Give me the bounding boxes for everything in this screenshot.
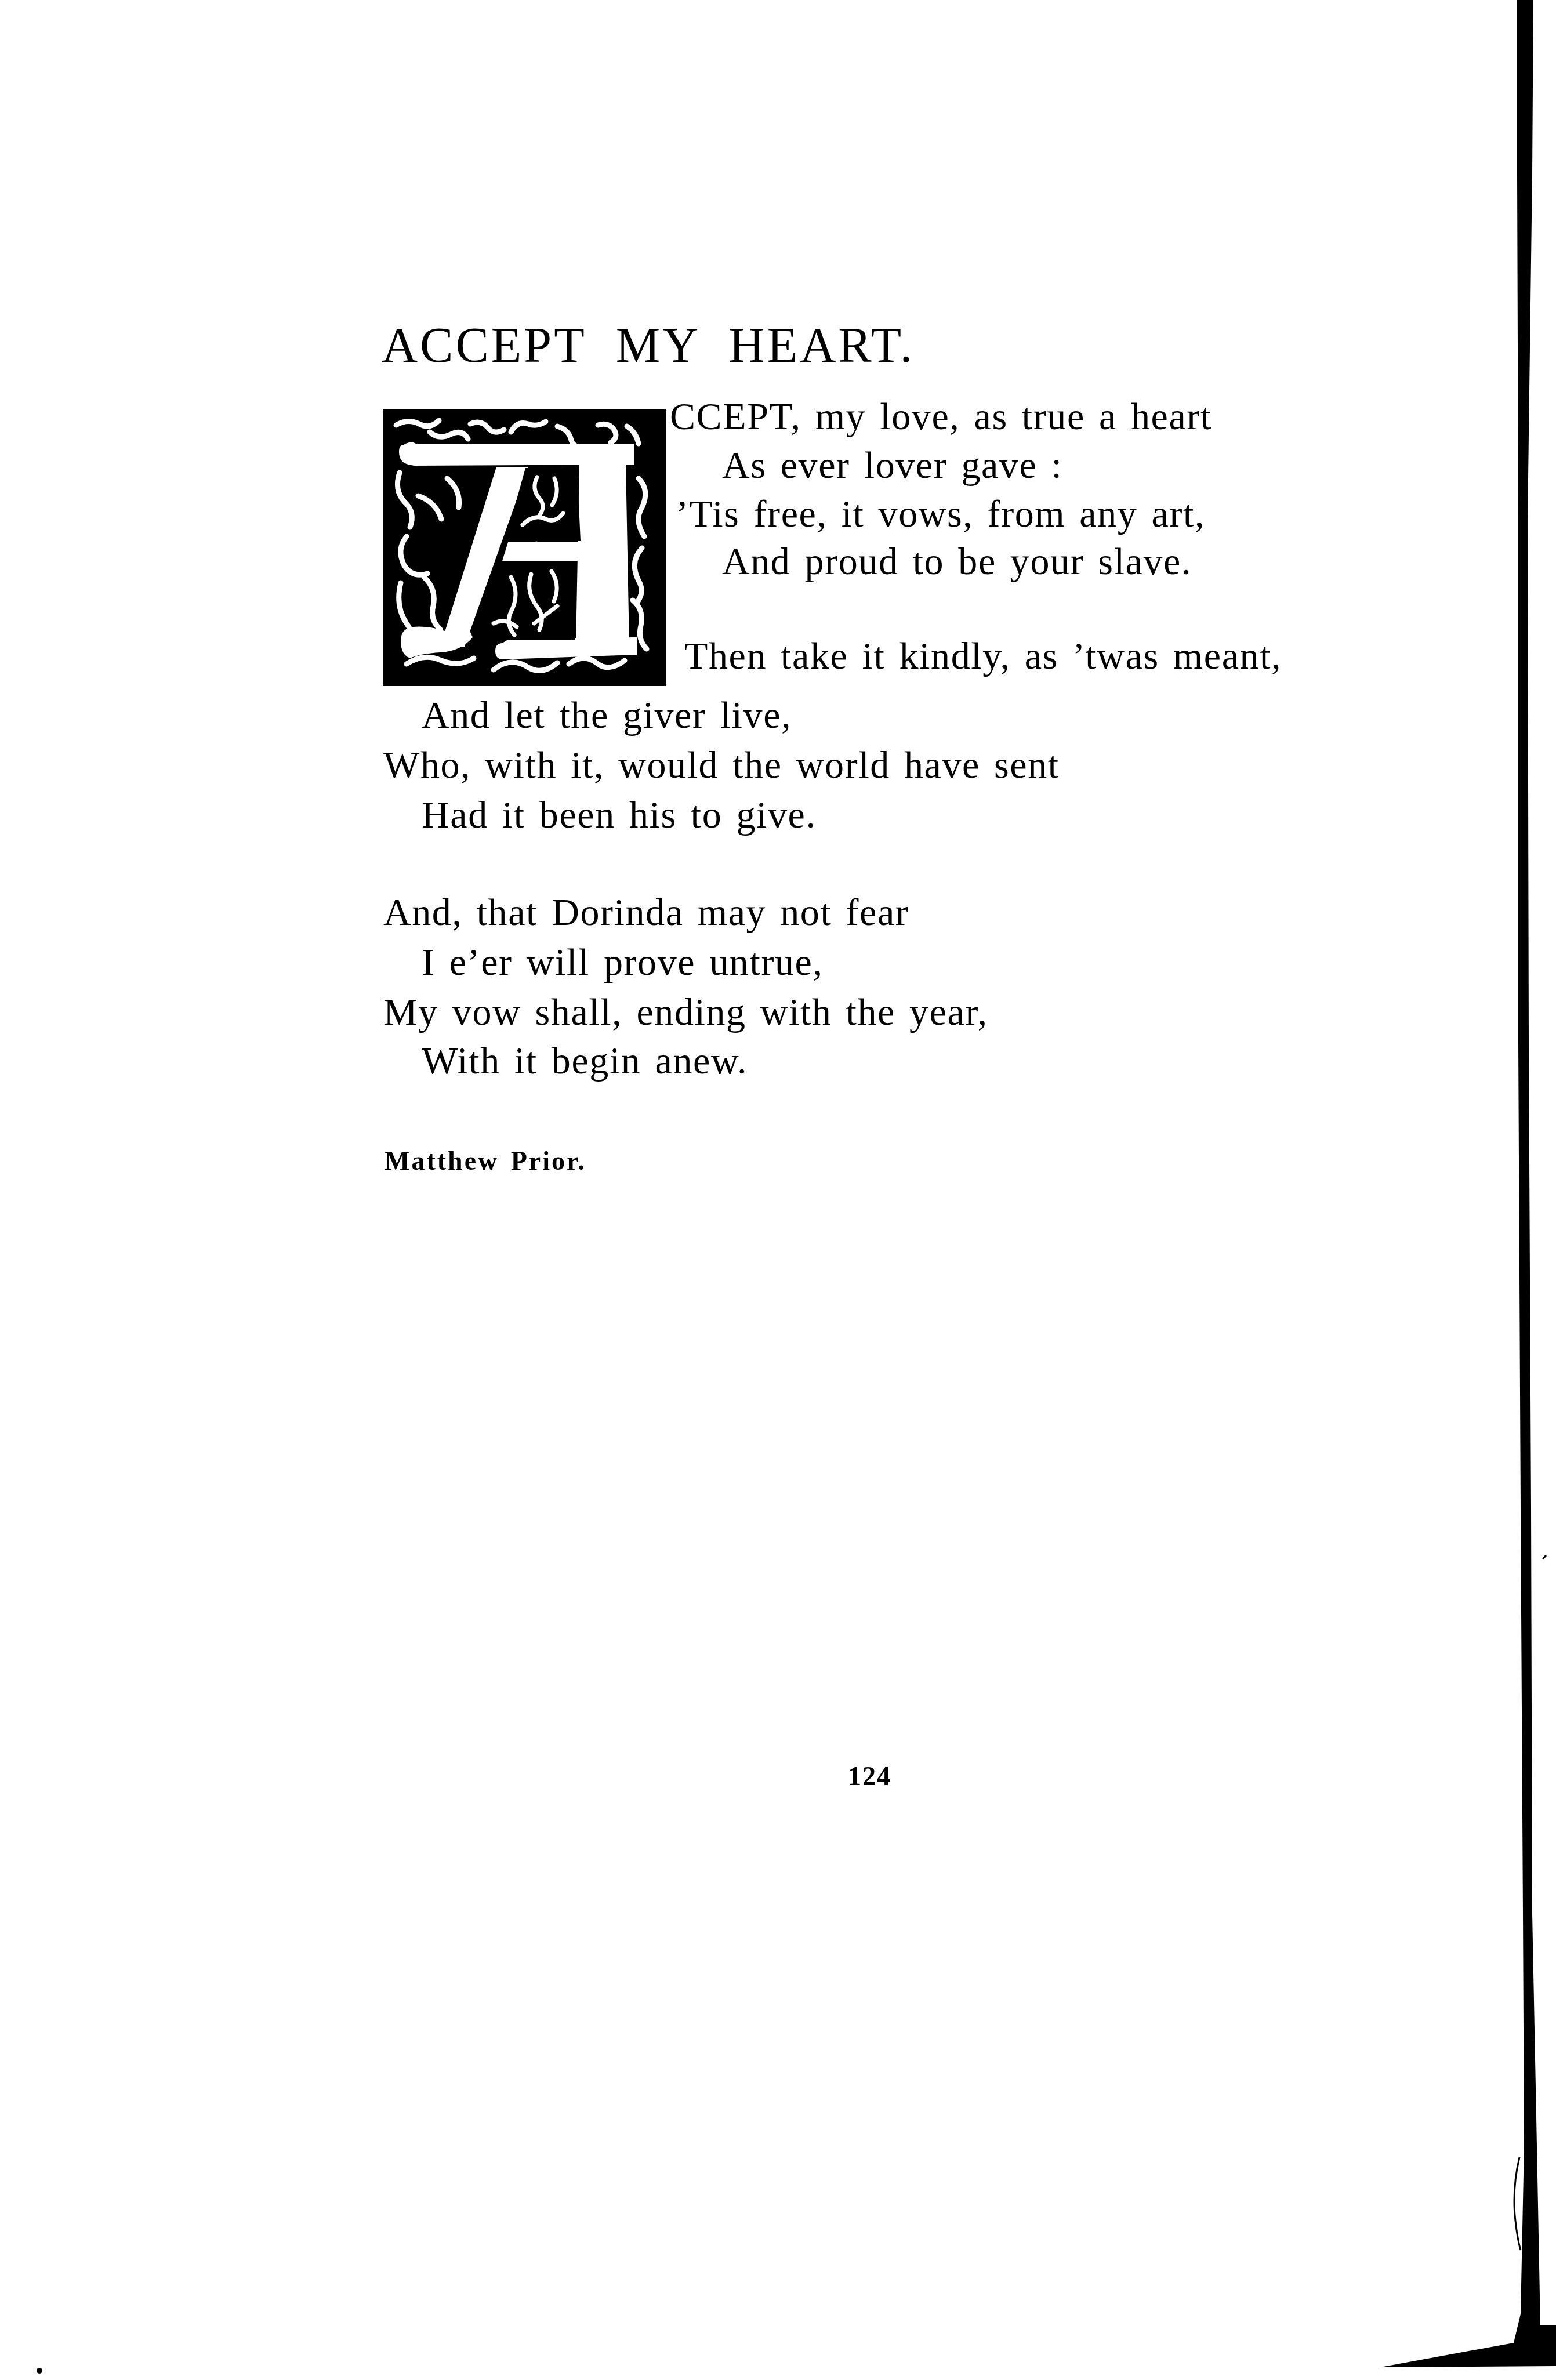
poem-line: Had it been his to give. [422, 792, 817, 839]
poem-line: As ever lover gave : [722, 442, 1062, 489]
poem-line: Who, with it, would the world have sent [383, 742, 1060, 789]
page-number: 124 [848, 1759, 891, 1794]
poem-line: And proud to be your slave. [722, 539, 1192, 585]
poem-line: And, that Dorinda may not fear [383, 890, 909, 936]
poem-line: I e’er will prove untrue, [422, 939, 824, 986]
book-page: ACCEPT MY HEART. [0, 0, 1556, 2380]
poem-line: With it begin anew. [422, 1038, 748, 1084]
poem-line: My vow shall, ending with the year, [383, 989, 988, 1036]
poem-line: Then take it kindly, as ’twas meant, [684, 633, 1282, 680]
poem-line: And let the giver live, [422, 692, 792, 739]
poem-author: Matthew Prior. [385, 1144, 586, 1178]
poem-line: CCEPT, my love, as true a heart [670, 394, 1212, 440]
ornamental-initial-a-icon [383, 409, 666, 686]
poem-line: ’Tis free, it vows, from any art, [676, 491, 1205, 538]
poem-title: ACCEPT MY HEART. [382, 316, 915, 374]
